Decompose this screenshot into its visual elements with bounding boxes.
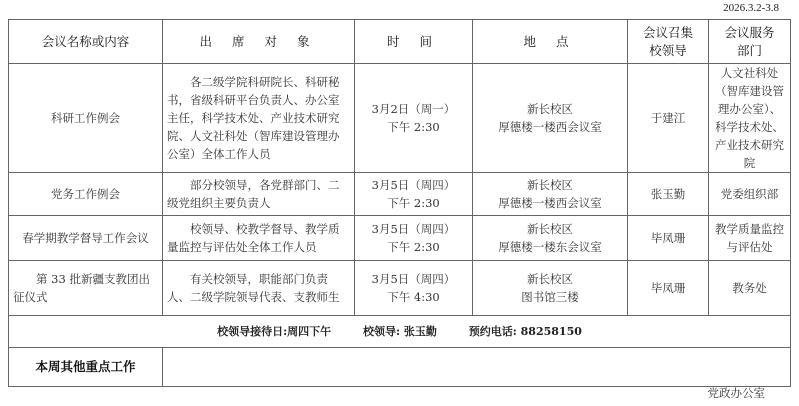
meeting-campus: 新长校区 [477,270,623,288]
meeting-hour: 下午 2:30 [359,238,468,256]
meeting-attendees: 有关校领导，职能部门负责人、二级学院领导代表、支教师生 [163,261,355,316]
table-row: 第 33 批新疆支教团出征仪式 有关校领导，职能部门负责人、二级学院领导代表、支… [9,261,791,316]
meeting-room: 图书馆三楼 [477,288,623,306]
reception-phone: 预约电话: 88258150 [469,323,582,341]
meeting-attendees: 校领导、校教学督导、教学质量监控与评估处全体工作人员 [163,216,355,261]
meeting-time: 3月5日（周四） 下午 2:30 [355,173,473,216]
meeting-schedule-table: 会议名称或内容 出 席 对 象 时 间 地 点 会议召集 校领导 会议服务 部门… [8,19,791,387]
meeting-location: 新长校区 厚德楼一楼西会议室 [473,64,628,173]
reception-row: 校领导接待日:周四下午 校领导: 张玉勤 预约电话: 88258150 [9,316,791,348]
meeting-campus: 新长校区 [477,100,623,118]
reception-leader: 校领导: 张玉勤 [363,323,437,341]
meeting-attendees: 部分校领导，各党群部门、二级党组织主要负责人 [163,173,355,216]
header-dept-line1: 会议服务 [713,24,786,42]
other-work-label: 本周其他重点工作 [9,348,163,387]
meeting-department: 党委组织部 [709,173,791,216]
meeting-time: 3月5日（周四） 下午 4:30 [355,261,473,316]
meeting-date: 3月5日（周四） [359,176,468,194]
header-topic: 会议名称或内容 [9,20,163,64]
header-leader: 会议召集 校领导 [628,20,709,64]
meeting-date: 3月5日（周四） [359,270,468,288]
reception-day: 校领导接待日:周四下午 [217,323,331,341]
header-leader-line2: 校领导 [632,42,704,60]
meeting-hour: 下午 2:30 [359,194,468,212]
issuing-office: 党政办公室 [708,385,766,401]
meeting-room: 厚德楼一楼西会议室 [477,194,623,212]
meeting-leader: 毕凤珊 [628,216,709,261]
meeting-topic: 春学期教学督导工作会议 [9,216,163,261]
table-row: 春学期教学督导工作会议 校领导、校教学督导、教学质量监控与评估处全体工作人员 3… [9,216,791,261]
header-leader-line1: 会议召集 [632,24,704,42]
meeting-location: 新长校区 厚德楼一楼东会议室 [473,216,628,261]
header-dept-line2: 部门 [713,42,786,60]
meeting-date: 3月2日（周一） [359,100,468,118]
meeting-campus: 新长校区 [477,176,623,194]
other-work-row: 本周其他重点工作 [9,348,791,387]
meeting-topic: 党务工作例会 [9,173,163,216]
meeting-leader: 毕凤珊 [628,261,709,316]
meeting-date: 3月5日（周四） [359,220,468,238]
meeting-topic: 科研工作例会 [9,64,163,173]
meeting-location: 新长校区 图书馆三楼 [473,261,628,316]
meeting-campus: 新长校区 [477,220,623,238]
meeting-hour: 下午 4:30 [359,288,468,306]
meeting-department: 教学质量监控与评估处 [709,216,791,261]
header-location: 地 点 [473,20,628,64]
meeting-time: 3月2日（周一） 下午 2:30 [355,64,473,173]
meeting-room: 厚德楼一楼东会议室 [477,238,623,256]
meeting-department: 教务处 [709,261,791,316]
meeting-location: 新长校区 厚德楼一楼西会议室 [473,173,628,216]
reception-info: 校领导接待日:周四下午 校领导: 张玉勤 预约电话: 88258150 [9,316,791,348]
table-row: 党务工作例会 部分校领导，各党群部门、二级党组织主要负责人 3月5日（周四） 下… [9,173,791,216]
meeting-time: 3月5日（周四） 下午 2:30 [355,216,473,261]
meeting-leader: 张玉勤 [628,173,709,216]
header-time: 时 间 [355,20,473,64]
meeting-room: 厚德楼一楼西会议室 [477,118,623,136]
header-department: 会议服务 部门 [709,20,791,64]
other-work-content [163,348,791,387]
meeting-attendees: 各二级学院科研院长、科研秘书，省级科研平台负责人、办公室主任，科学技术处、产业技… [163,64,355,173]
meeting-leader: 于建江 [628,64,709,173]
table-row: 科研工作例会 各二级学院科研院长、科研秘书，省级科研平台负责人、办公室主任，科学… [9,64,791,173]
date-range: 2026.3.2-3.8 [723,2,779,14]
meeting-department: 人文社科处（智库建设管理办公室）、科学技术处、产业技术研究院 [709,64,791,173]
header-attendees: 出 席 对 象 [163,20,355,64]
meeting-hour: 下午 2:30 [359,118,468,136]
header-row: 会议名称或内容 出 席 对 象 时 间 地 点 会议召集 校领导 会议服务 部门 [9,20,791,64]
meeting-topic: 第 33 批新疆支教团出征仪式 [9,261,163,316]
